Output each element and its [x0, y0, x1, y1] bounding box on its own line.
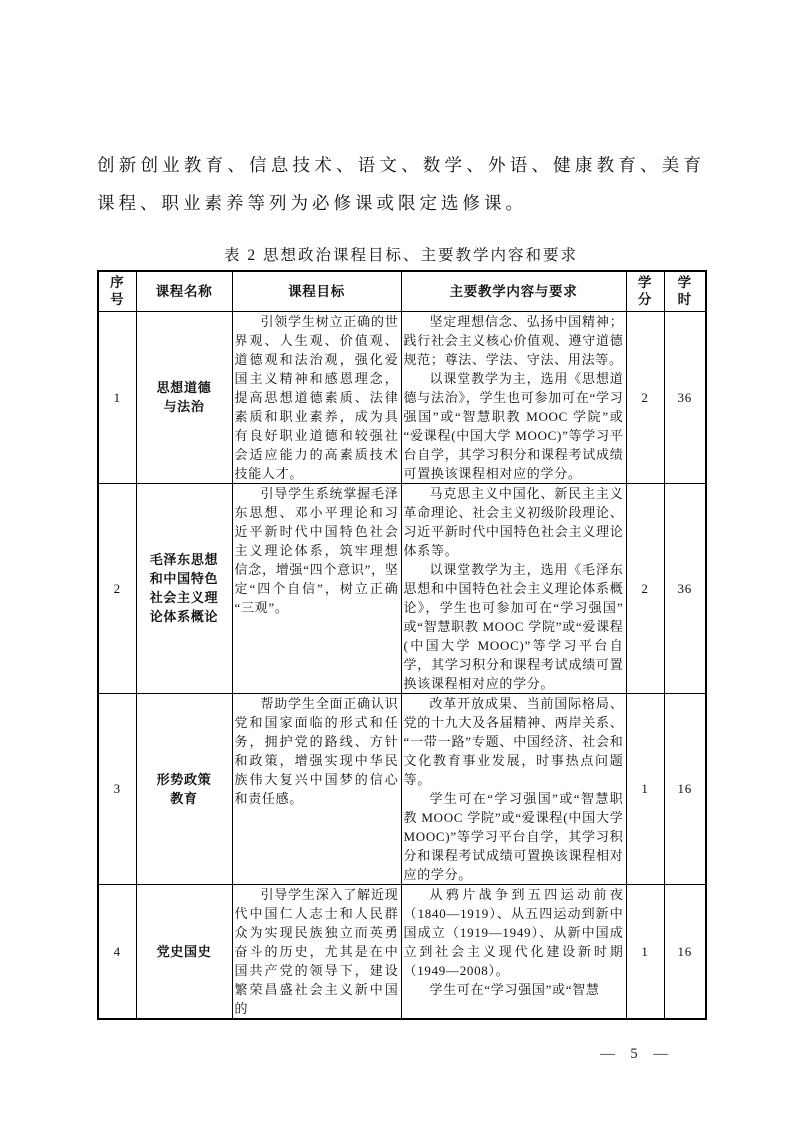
course-credits: 2: [626, 311, 664, 483]
col-header-hours: 学时: [664, 271, 706, 311]
course-content: 改革开放成果、当前国际格局、党的十九大及各届精神、两岸关系、“一带一路”专题、中…: [401, 693, 626, 884]
course-table: 序号 课程名称 课程目标 主要教学内容与要求 学分 学时 1思想道德与法治引领学…: [97, 270, 707, 1020]
course-name: 党史国史: [136, 884, 232, 1019]
col-header-no: 序号: [98, 271, 136, 311]
table-title: 表 2 思想政治课程目标、主要教学内容和要求: [97, 243, 705, 265]
course-name: 思想道德与法治: [136, 311, 232, 483]
course-row: 3形势政策教育帮助学生全面正确认识党和国家面临的形式和任务，拥护党的路线、方针和…: [98, 693, 706, 884]
course-name: 毛泽东思想和中国特色社会主义理论体系概论: [136, 483, 232, 693]
course-row: 1思想道德与法治引领学生树立正确的世界观、人生观、价值观、道德观和法治观，强化爱…: [98, 311, 706, 483]
course-hours: 36: [664, 483, 706, 693]
col-header-credits: 学分: [626, 271, 664, 311]
table-header-row: 序号 课程名称 课程目标 主要教学内容与要求 学分 学时: [98, 271, 706, 311]
course-hours: 36: [664, 311, 706, 483]
course-content: 从鸦片战争到五四运动前夜（1840—1919）、从五四运动到新中国成立（1919…: [401, 884, 626, 1019]
course-hours: 16: [664, 884, 706, 1019]
course-goal: 引导学生系统掌握毛泽东思想、邓小平理论和习近平新时代中国特色社会主义理论体系，筑…: [232, 483, 401, 693]
course-credits: 2: [626, 483, 664, 693]
course-row: 4党史国史引导学生深入了解近现代中国仁人志士和人民群众为实现民族独立而英勇奋斗的…: [98, 884, 706, 1019]
course-name: 形势政策教育: [136, 693, 232, 884]
course-goal: 引导学生深入了解近现代中国仁人志士和人民群众为实现民族独立而英勇奋斗的历史，尤其…: [232, 884, 401, 1019]
course-hours: 16: [664, 693, 706, 884]
course-row: 2毛泽东思想和中国特色社会主义理论体系概论引导学生系统掌握毛泽东思想、邓小平理论…: [98, 483, 706, 693]
row-number: 1: [98, 311, 136, 483]
row-number: 4: [98, 884, 136, 1019]
row-number: 3: [98, 693, 136, 884]
col-header-course-goal: 课程目标: [232, 271, 401, 311]
course-credits: 1: [626, 693, 664, 884]
course-goal: 引领学生树立正确的世界观、人生观、价值观、道德观和法治观，强化爱国主义精神和感恩…: [232, 311, 401, 483]
course-goal: 帮助学生全面正确认识党和国家面临的形式和任务，拥护党的路线、方针和政策，增强实现…: [232, 693, 401, 884]
intro-paragraph: 创新创业教育、信息技术、语文、数学、外语、健康教育、美育课程、职业素养等列为必修…: [97, 146, 705, 222]
document-page: 创新创业教育、信息技术、语文、数学、外语、健康教育、美育课程、职业素养等列为必修…: [0, 0, 793, 1122]
course-content: 坚定理想信念、弘扬中国精神；践行社会主义核心价值观、遵守道德规范；尊法、学法、守…: [401, 311, 626, 483]
course-content: 马克思主义中国化、新民主主义革命理论、社会主义初级阶段理论、习近平新时代中国特色…: [401, 483, 626, 693]
course-credits: 1: [626, 884, 664, 1019]
page-number: — 5 —: [560, 1046, 710, 1063]
col-header-course-name: 课程名称: [136, 271, 232, 311]
row-number: 2: [98, 483, 136, 693]
col-header-content: 主要教学内容与要求: [401, 271, 626, 311]
